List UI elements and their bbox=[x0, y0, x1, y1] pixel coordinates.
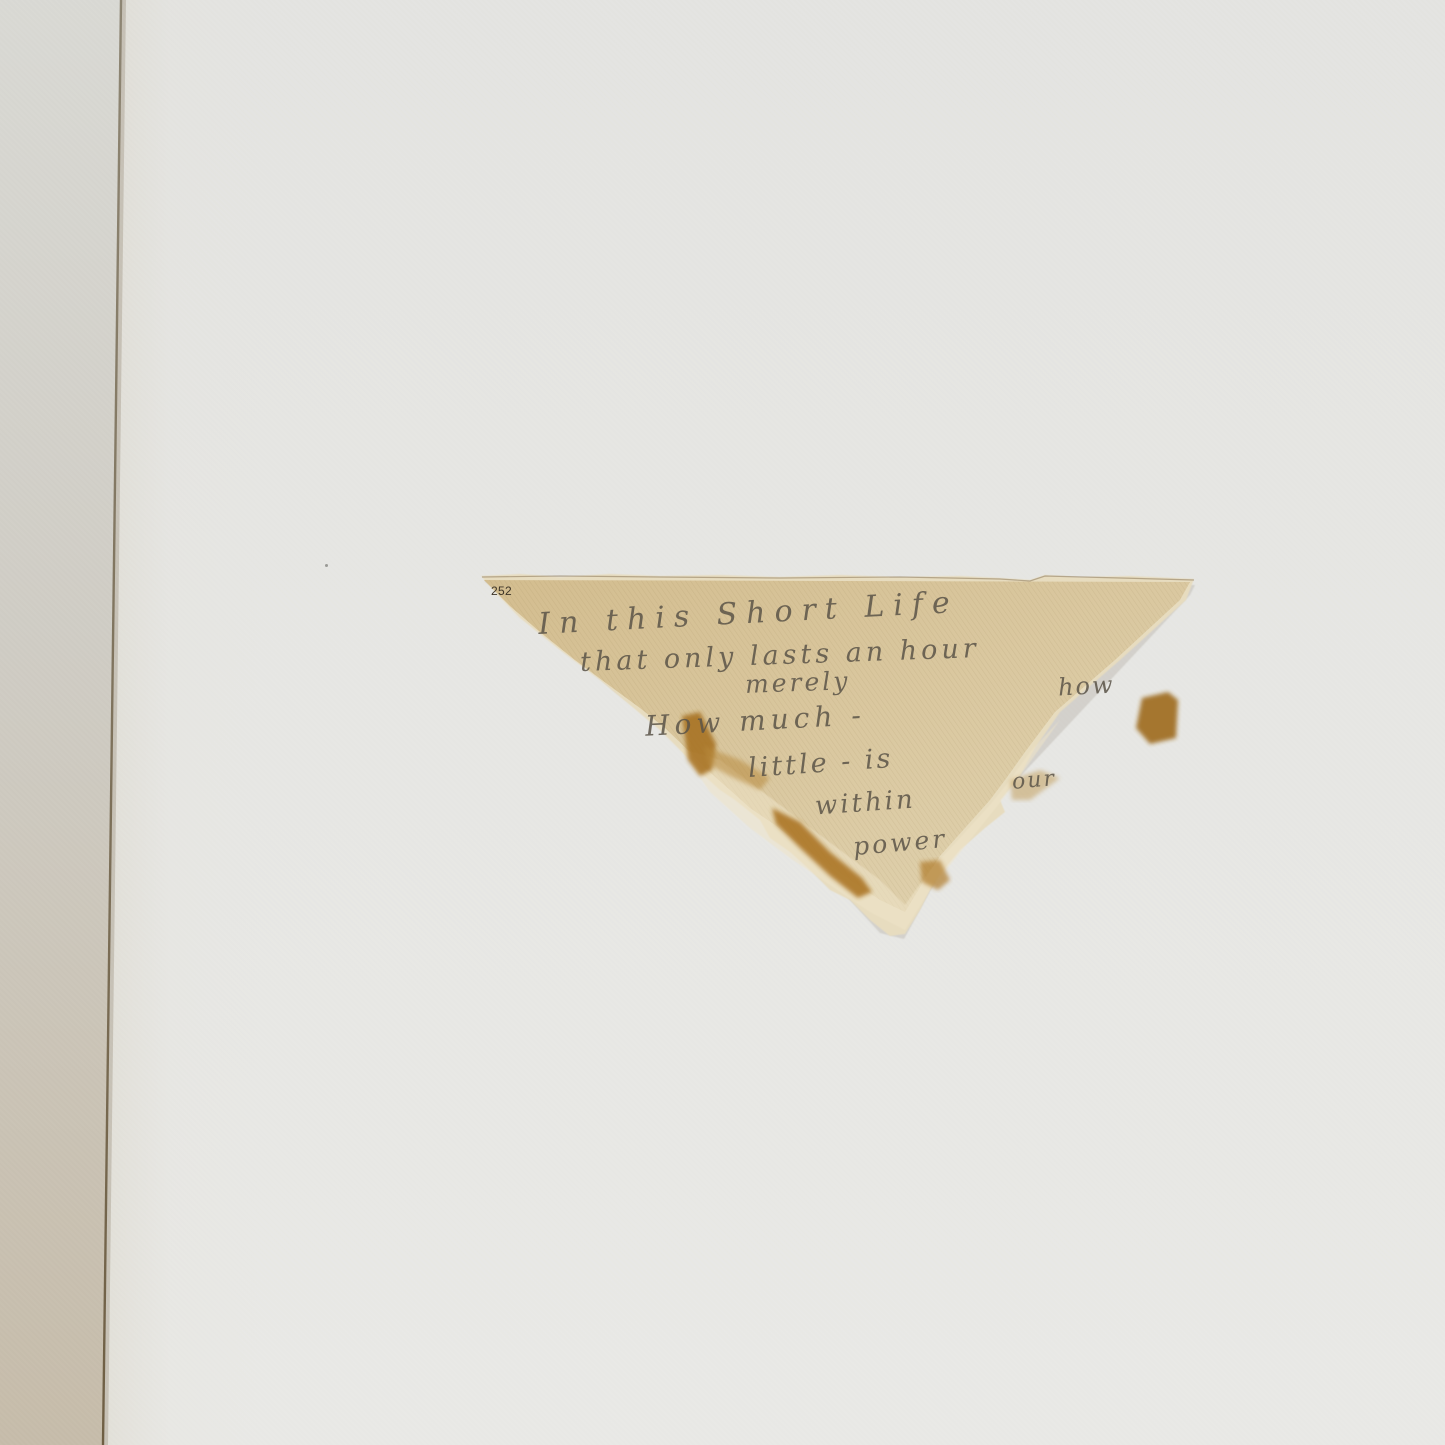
handwriting-word-our: our bbox=[1011, 766, 1057, 795]
handwriting-word-how: how bbox=[1057, 671, 1115, 702]
book-spread-photo: 252 In this Short Life that only lasts a… bbox=[0, 0, 1445, 1445]
handwriting-insertion-merely: merely bbox=[745, 666, 851, 699]
catalog-number: 252 bbox=[491, 584, 512, 598]
paper-speck bbox=[325, 564, 328, 567]
